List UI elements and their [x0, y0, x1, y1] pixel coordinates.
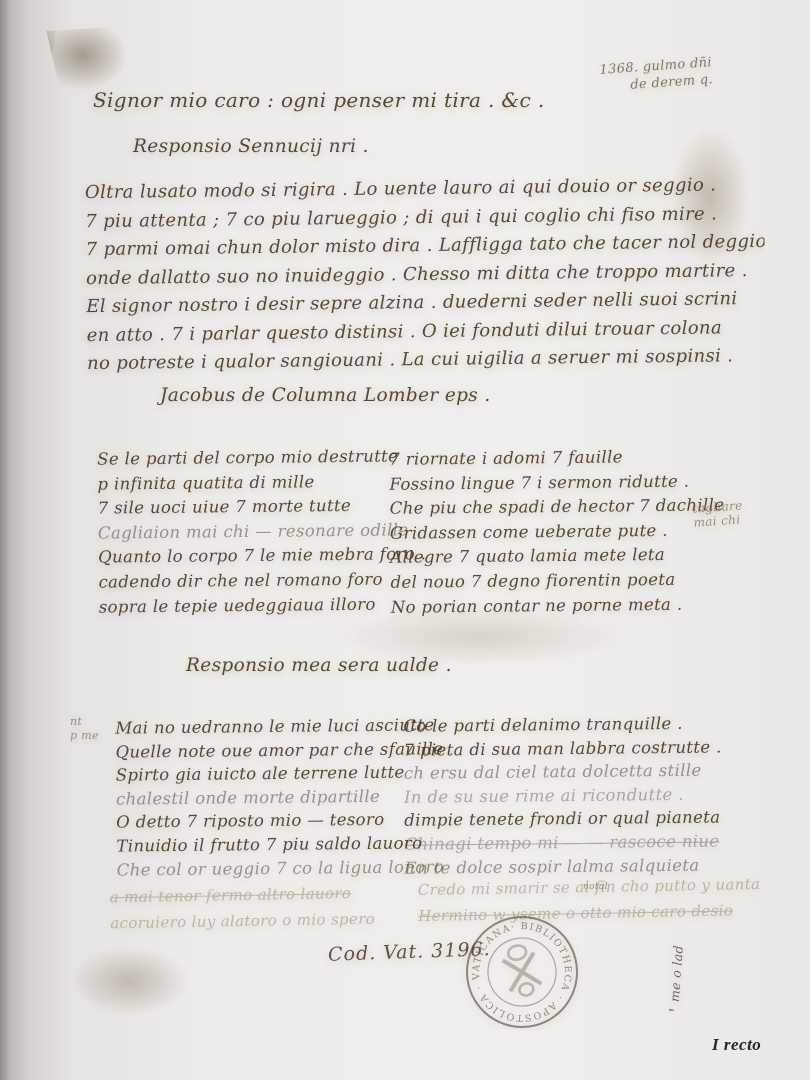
poem-line: Che piu che spadi de hector 7 dachille	[390, 493, 735, 521]
stamp-crossed-keys-emblem	[500, 942, 543, 999]
poem-line: Tinuidio il frutto 7 piu saldo lauoro	[116, 831, 421, 858]
heading-responsio-mea: Responsio mea sera ualde .	[186, 655, 452, 676]
margin-note-line: nt	[70, 715, 99, 729]
poem-line: dimpie tenete frondi or qual pianeta	[404, 806, 744, 833]
manuscript-page: 1368. gulmo dñi de derem q. Signor mio c…	[30, 6, 775, 1044]
heading-jacobus-de-columna: Jacobus de Columna Lomber eps .	[160, 385, 491, 406]
incipit-line: Signor mio caro : ogni penser mi tira . …	[93, 88, 545, 112]
interlinear-note: notal	[583, 882, 608, 892]
torn-left-edge	[30, 6, 60, 1044]
poem-line: chalestil onde morte dipartille	[116, 784, 421, 811]
margin-note-line: p me	[70, 729, 99, 743]
plate-caption: I recto	[712, 1035, 761, 1055]
poem-line: No porian contar ne porne meta .	[391, 592, 736, 620]
plate-photo: 1368. gulmo dñi de derem q. Signor mio c…	[0, 0, 810, 1080]
poem-line: Quanto lo corpo 7 le mie mebra foro .	[98, 543, 398, 571]
poem-line: Cagliaion mai chi — resonare odille	[98, 518, 398, 546]
poem-line: Mai no uedranno le mie luci asciutte	[115, 713, 420, 740]
poem-line: del nouo 7 degno fiorentin poeta	[390, 567, 735, 595]
margin-note-line: mai chi	[693, 512, 744, 529]
poem-line: Fossino lingue 7 i sermon ridutte .	[389, 469, 734, 497]
poem-sennuccio-response: Oltra lusato modo si rigira . Lo uente l…	[85, 171, 767, 379]
margin-note-right: tagliare mai chi	[692, 498, 744, 529]
erased-line: acoruiero luy alatoro o mio spero	[110, 906, 375, 937]
poem-line: Allegre 7 quato lamia mete leta	[390, 543, 735, 571]
poem-line: O detto 7 riposto mio — tesoro	[116, 808, 421, 835]
poem-line: Se le parti del corpo mio destrutte	[97, 444, 397, 472]
sonnet-colonna-right-column: 7 riornate i adomi 7 fauille Fossino lin…	[389, 444, 736, 620]
poem-line: sopra le tepie uedeggiaua illoro	[99, 592, 399, 620]
poem-line: Chinagi tempo mi — — rascoce niue	[404, 829, 744, 856]
edge-vertical-note: 1 me o lad	[666, 914, 688, 1015]
parchment-stain	[38, 20, 128, 90]
sonnet-colonna-left-column: Se le parti del corpo mio destrutte p in…	[97, 444, 399, 619]
poem-line: In de su sue rime ai ricondutte .	[404, 782, 744, 809]
poem-line: Co le parti delanimo tranquille .	[403, 711, 743, 738]
poem-line: Che col or ueggio 7 co la ligua lonoro	[117, 855, 422, 882]
poem-line: 7 sile uoci uiue 7 morte tutte	[98, 494, 398, 522]
erased-draft-lines-left: a mai tenor fermo altro lauoro acoruiero…	[110, 880, 376, 937]
poem-line: Spirto gia iuicto ale terrene lutte	[116, 761, 421, 788]
poem-line: 7 pieta di sua man labbra costrutte .	[403, 735, 743, 762]
poem-line: 7 riornate i adomi 7 fauille	[389, 444, 734, 472]
heading-responsio-sennucij: Responsio Sennucij nri .	[133, 136, 369, 157]
poem-line: cadendo dir che nel romano foro	[98, 567, 398, 595]
poem-line: p infinita quatita di mille	[97, 469, 397, 497]
poem-line: Quelle note oue amor par che sfauille	[115, 737, 420, 764]
poem-line: ch ersu dal ciel tata dolcetta stille	[404, 758, 744, 785]
parchment-stain	[70, 946, 190, 1016]
sonnet-petrarch-right-column: Co le parti delanimo tranquille . 7 piet…	[403, 711, 745, 880]
sonnet-petrarch-left-column: Mai no uedranno le mie luci asciutte Que…	[115, 713, 422, 881]
margin-note-left: nt p me	[70, 715, 99, 743]
poem-line: Gridassen come ueberate pute .	[390, 518, 735, 546]
scribal-note-top-right: 1368. gulmo dñi de derem q.	[599, 54, 714, 96]
